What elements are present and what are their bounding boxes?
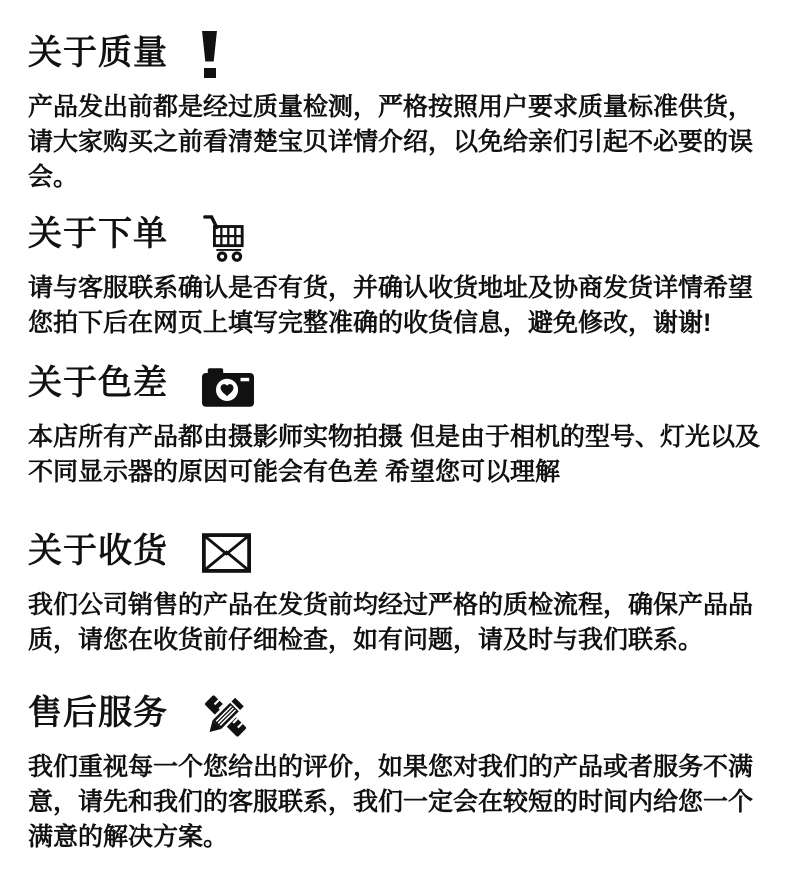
- pencil-ruler-icon: [202, 690, 249, 742]
- section-color-difference: 关于色差 本店所有产品都由摄影师实物拍摄 但是由于相机的型号、灯光以及 不同显示…: [28, 356, 780, 490]
- exclamation-bar: [202, 31, 217, 62]
- exclamation-dot: [204, 68, 216, 78]
- product-notice-page: 关于质量 产品发出前都是经过质量检测，严格按照用户要求质量标准供货， 请大家购买…: [0, 0, 790, 879]
- section-receiving: 关于收货 我们公司销售的产品在发货前均经过严格的质检流程，确保产品品 质，请您在…: [28, 524, 780, 658]
- section-after-sales-header: 售后服务: [28, 686, 780, 740]
- section-body: 请与客服联系确认是否有货，并确认收货地址及协商发货详情希望 您拍下后在网页上填写…: [28, 271, 780, 341]
- section-title: 关于收货: [28, 534, 168, 568]
- shopping-cart-icon: [202, 213, 246, 263]
- section-quality: 关于质量 产品发出前都是经过质量检测，严格按照用户要求质量标准供货， 请大家购买…: [28, 26, 780, 195]
- section-title: 关于色差: [28, 366, 168, 400]
- section-title: 售后服务: [28, 696, 168, 730]
- section-body: 我们公司销售的产品在发货前均经过严格的质检流程，确保产品品 质，请您在收货前仔细…: [28, 588, 780, 658]
- section-body: 产品发出前都是经过质量检测，严格按照用户要求质量标准供货， 请大家购买之前看清楚…: [28, 90, 780, 195]
- section-ordering: 关于下单 请与客服联系确认是否有货，并确认收货地址及协商发货详情希望 您拍下后在…: [28, 207, 780, 341]
- section-color-difference-header: 关于色差: [28, 356, 780, 410]
- section-receiving-header: 关于收货: [28, 524, 780, 578]
- section-body: 我们重视每一个您给出的评价，如果您对我们的产品或者服务不满 意，请先和我们的客服…: [28, 750, 780, 855]
- section-title: 关于下单: [28, 217, 168, 251]
- section-quality-header: 关于质量: [28, 26, 780, 80]
- section-after-sales: 售后服务: [28, 686, 780, 855]
- section-ordering-header: 关于下单: [28, 207, 780, 261]
- section-body: 本店所有产品都由摄影师实物拍摄 但是由于相机的型号、灯光以及 不同显示器的原因可…: [28, 420, 780, 490]
- exclamation-icon: [202, 31, 217, 78]
- camera-heart-icon: [202, 366, 254, 407]
- envelope-icon: [202, 533, 251, 573]
- section-title: 关于质量: [28, 36, 168, 70]
